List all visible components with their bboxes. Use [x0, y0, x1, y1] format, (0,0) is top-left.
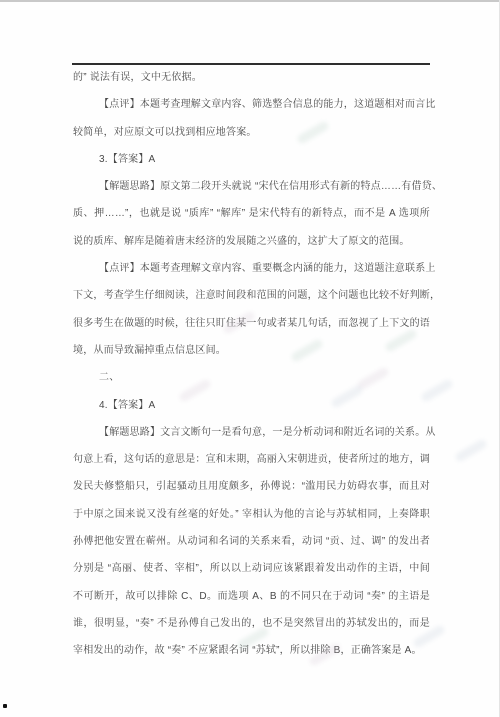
paragraph: 二、 — [73, 364, 430, 391]
text-line: 较简单，对应原文可以找到相应地答案。 — [73, 119, 430, 146]
paragraph: 【点评】本题考查理解文章内容、筛选整合信息的能力，这道题相对而言比较简单，对应原… — [73, 91, 430, 146]
text-line: 【点评】本题考查理解文章内容、重要概念内涵的能力，这道题注意联系上 — [73, 255, 430, 282]
text-line: 说的质库、解库是随着唐末经济的发展随之兴盛的，这扩大了原文的范围。 — [73, 228, 430, 255]
text-line: 的” 说法有误，文中无依据。 — [73, 64, 430, 91]
text-line: 发民夫修整船只，引起骚动且用度颇多，孙傅说：“滥用民力妨碍农事，而且对 — [73, 473, 430, 500]
text-line: 分别是 “高丽、使者、宰相”，所以以上动词应该紧跟着发出动作的主语，中间 — [73, 555, 430, 582]
text-line: 【解题思路】原文第二段开头就说 “宋代在信用形式有新的特点……有借贷、 — [73, 173, 430, 200]
text-line: 于中原之国来说又没有丝毫的好处。” 宰相认为他的言论与苏轼相同，上奏降职 — [73, 501, 430, 528]
paragraph: 的” 说法有误，文中无依据。 — [73, 64, 430, 91]
paragraph: 【解题思路】文言文断句一是看句意，一是分析动词和附近名词的关系。从句意上看，这句… — [73, 419, 430, 665]
text-line: 很多考生在做题的时候，往往只盯住某一句或者某几句话，而忽视了上下文的语 — [73, 310, 430, 337]
paragraph: 【解题思路】原文第二段开头就说 “宋代在信用形式有新的特点……有借贷、质、押……… — [73, 173, 430, 255]
text-line: 谁，很明显，“奏” 不是孙傅自己发出的，也不是突然冒出的苏轼发出的，而是 — [73, 610, 430, 637]
paragraph: 【点评】本题考查理解文章内容、重要概念内涵的能力，这道题注意联系上下文，考查学生… — [73, 255, 430, 364]
text-line: 【点评】本题考查理解文章内容、筛选整合信息的能力，这道题相对而言比 — [73, 91, 430, 118]
text-line: 下文，考查学生仔细阅读，注意时间段和范围的问题，这个问题也比较不好判断， — [73, 282, 430, 309]
document-body: 的” 说法有误，文中无依据。【点评】本题考查理解文章内容、筛选整合信息的能力，这… — [73, 64, 430, 665]
text-line: 境，从而导致漏掉重点信息区间。 — [73, 337, 430, 364]
document-page: 的” 说法有误，文中无依据。【点评】本题考查理解文章内容、筛选整合信息的能力，这… — [0, 0, 500, 717]
text-line: 句意上看，这句话的意思是：宣和末期，高丽入宋朝进贡，使者所过的地方，调 — [73, 446, 430, 473]
text-line: 质、押……”，也就是说 “质库” “解库” 是宋代特有的新特点，而不是 A 选项… — [73, 200, 430, 227]
paragraph: 3.【答案】A — [73, 146, 430, 173]
text-line: 孙傅把他安置在蕲州。从动词和名词的关系来看，动词 “贡、过、调” 的发出者 — [73, 528, 430, 555]
text-line: 宰相发出的动作，故 “奏” 不应紧跟名词 “苏轼”，所以排除 B，正确答案是 A… — [73, 637, 430, 664]
page-top-edge — [0, 0, 500, 2]
text-line: 二、 — [73, 364, 430, 391]
watermark — [454, 438, 488, 463]
text-line: 3.【答案】A — [73, 146, 430, 173]
text-line: 【解题思路】文言文断句一是看句意，一是分析动词和附近名词的关系。从 — [73, 419, 430, 446]
text-line: 4.【答案】A — [73, 392, 430, 419]
text-line: 不可断开，故可以排除 C、D。而选项 A、B 的不同只在于动词 “奏” 的主语是 — [73, 583, 430, 610]
stray-ink-dot — [3, 704, 7, 708]
paragraph: 4.【答案】A — [73, 392, 430, 419]
